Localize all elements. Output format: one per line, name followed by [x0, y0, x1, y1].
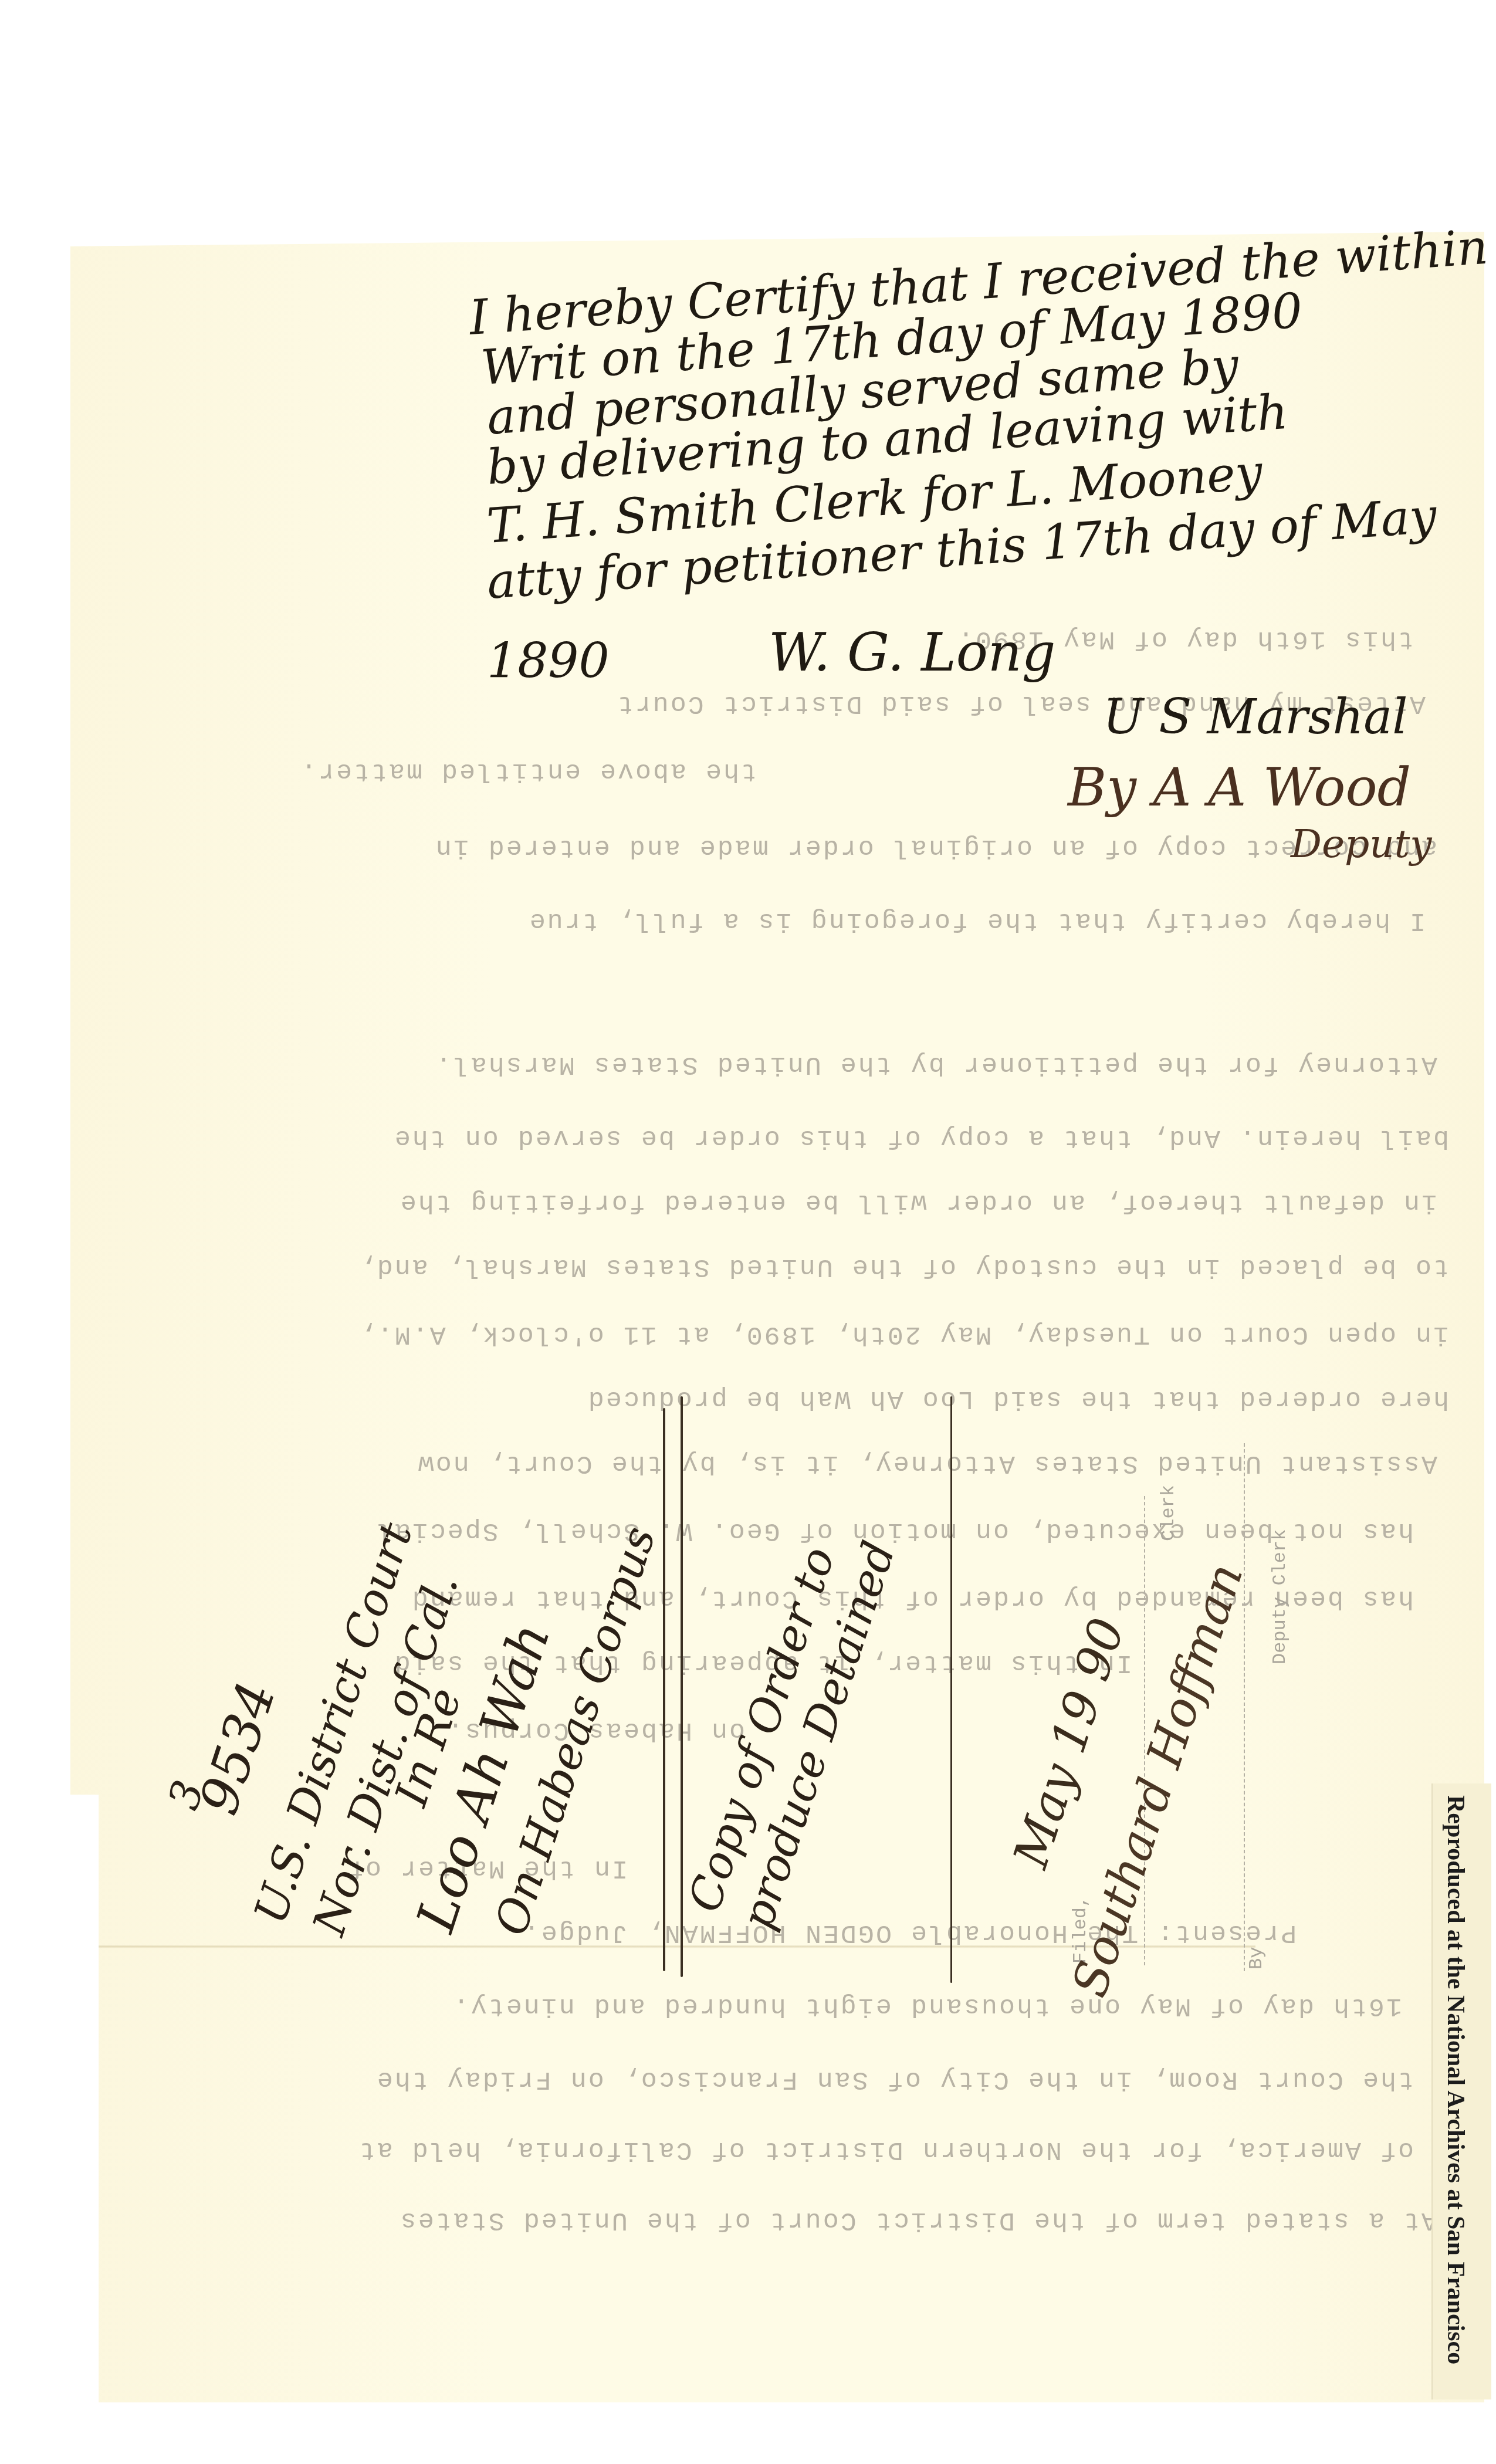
bleed-line: the Court Room, in the City of San Franc… [375, 2064, 1414, 2094]
clerk-stamp-label: Clerk [1157, 1485, 1179, 1541]
bleed-line: the above entitled matter. [299, 756, 757, 786]
archives-label: Reproduced at the National Archives at S… [1441, 1795, 1470, 2364]
docket-title-panel: Copy of Order to produce Detained Filed,… [657, 1396, 1220, 1983]
edge-stain [70, 2127, 97, 2397]
docket-endorsement: 3 9534 U.S. District Court Nor. Dist. of… [158, 1396, 722, 1983]
bleed-line: of America, for the Northern District of… [358, 2135, 1414, 2165]
marshal-title: U S Marshal [1103, 689, 1407, 745]
deputy-clerk-label: Deputy Clerk [1269, 1529, 1291, 1664]
marshal-signature: W. G. Long [769, 622, 1055, 683]
bleed-line: At a stated term of the District Court o… [399, 2205, 1437, 2235]
bleed-line: bail herein. And, that a copy of this or… [393, 1123, 1449, 1153]
bleed-line: Attorney for the petitioner by the Unite… [434, 1050, 1437, 1079]
by-label: By [1245, 1947, 1267, 1969]
deputy-title: Deputy [1291, 821, 1432, 867]
stamp-rule [1244, 1443, 1245, 1971]
bleed-line: I hereby certify that the foregoing is a… [528, 906, 1426, 936]
bleed-line: and correct copy of an original order ma… [434, 832, 1437, 862]
deputy-signature: By A A Wood [1068, 757, 1411, 818]
docket-divider [950, 1396, 952, 1983]
certificate-line-7: 1890 [487, 634, 610, 689]
bleed-line: to be placed in the custody of the Unite… [358, 1252, 1449, 1282]
bleed-line: 16th day of May one thousand eight hundr… [452, 1991, 1402, 2021]
bleed-line: in open Court on Tuesday, May 20th, 1890… [358, 1319, 1449, 1349]
bleed-line: in default thereof, an order will be ent… [399, 1187, 1437, 1217]
case-number: 9534 [188, 1675, 288, 1822]
